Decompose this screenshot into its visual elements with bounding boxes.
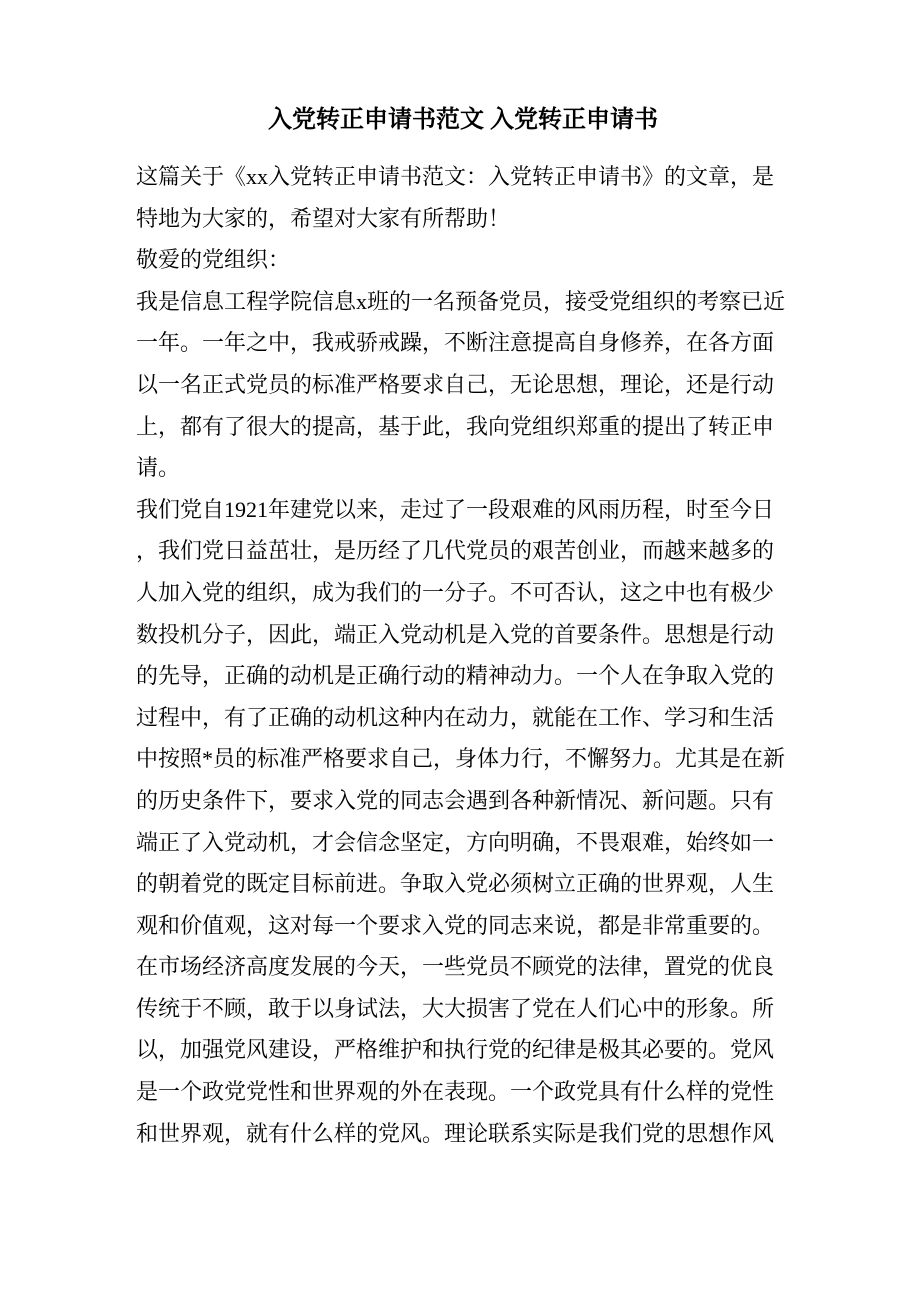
text-line: 以，加强党风建设，严格维护和执行党的纪律是极其必要的。党风 — [136, 1029, 790, 1071]
text-line: 这篇关于《xx入党转正申请书范文：入党转正申请书》的文章，是 — [136, 156, 790, 198]
text-line: 是一个政党党性和世界观的外在表现。一个政党具有什么样的党性 — [136, 1071, 790, 1113]
text-line: 请。 — [136, 447, 790, 489]
text-line: ，我们党日益茁壮，是历经了几代党员的艰苦创业，而越来越多的 — [136, 530, 790, 572]
text-line: 人加入党的组织，成为我们的一分子。不可否认，这之中也有极少 — [136, 572, 790, 614]
text-line: 过程中，有了正确的动机这种内在动力，就能在工作、学习和生活 — [136, 697, 790, 739]
document-page: 入党转正申请书范文 入党转正申请书 这篇关于《xx入党转正申请书范文：入党转正申… — [0, 0, 920, 1302]
text-line: 的先导，正确的动机是正确行动的精神动力。一个人在争取入党的 — [136, 655, 790, 697]
text-line: 和世界观，就有什么样的党风。理论联系实际是我们党的思想作风 — [136, 1113, 790, 1155]
document-body: 这篇关于《xx入党转正申请书范文：入党转正申请书》的文章，是特地为大家的，希望对… — [136, 156, 790, 1154]
text-line: 一年。一年之中，我戒骄戒躁，不断注意提高自身修养，在各方面 — [136, 322, 790, 364]
document-title: 入党转正申请书范文 入党转正申请书 — [136, 96, 790, 144]
text-line: 的朝着党的既定目标前进。争取入党必须树立正确的世界观，人生 — [136, 863, 790, 905]
text-line: 敬爱的党组织： — [136, 239, 790, 281]
text-line: 以一名正式党员的标准严格要求自己，无论思想，理论，还是行动 — [136, 364, 790, 406]
text-line: 端正了入党动机，才会信念坚定，方向明确，不畏艰难，始终如一 — [136, 822, 790, 864]
text-line: 我是信息工程学院信息x班的一名预备党员，接受党组织的考察已近 — [136, 281, 790, 323]
text-line: 中按照*员的标准严格要求自己，身体力行，不懈努力。尤其是在新 — [136, 738, 790, 780]
text-line: 数投机分子，因此，端正入党动机是入党的首要条件。思想是行动 — [136, 614, 790, 656]
text-line: 观和价值观，这对每一个要求入党的同志来说，都是非常重要的。 — [136, 905, 790, 947]
text-line: 在市场经济高度发展的今天，一些党员不顾党的法律，置党的优良 — [136, 946, 790, 988]
text-line: 上，都有了很大的提高，基于此，我向党组织郑重的提出了转正申 — [136, 406, 790, 448]
text-line: 特地为大家的，希望对大家有所帮助！ — [136, 198, 790, 240]
text-line: 的历史条件下，要求入党的同志会遇到各种新情况、新问题。只有 — [136, 780, 790, 822]
text-line: 传统于不顾，敢于以身试法，大大损害了党在人们心中的形象。所 — [136, 988, 790, 1030]
text-line: 我们党自1921年建党以来，走过了一段艰难的风雨历程，时至今日 — [136, 489, 790, 531]
